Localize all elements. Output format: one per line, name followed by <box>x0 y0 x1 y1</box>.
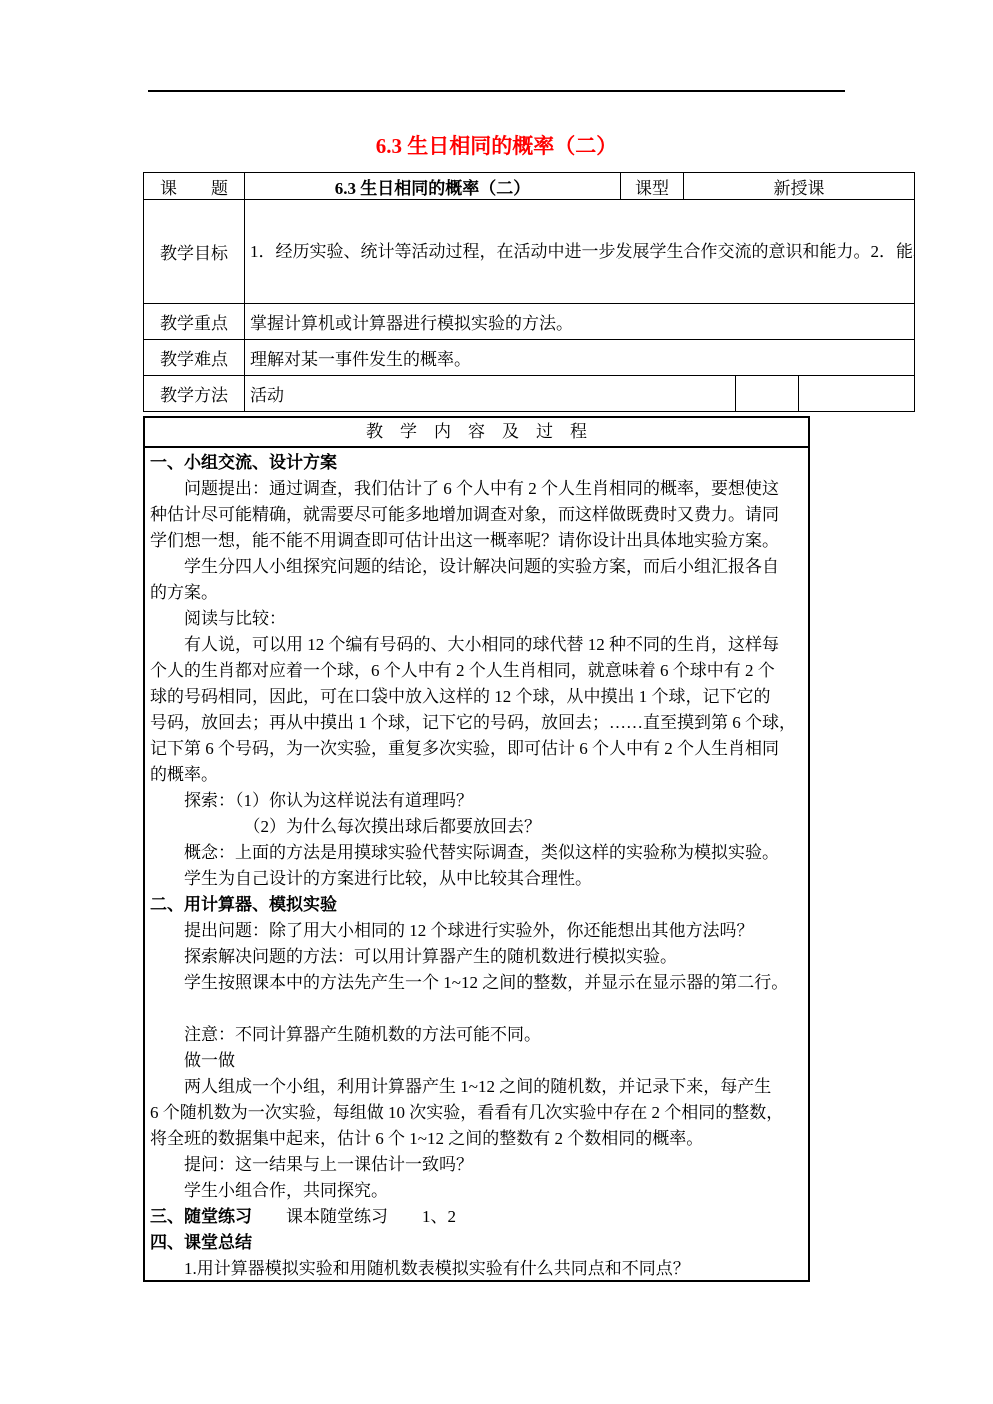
content-line: 有人说，可以用 12 个编有号码的、大小相同的球代替 12 种不同的生肖，这样每 <box>150 632 803 658</box>
content-line: 学生小组合作，共同探究。 <box>150 1178 803 1204</box>
method-value: 活动 <box>244 376 735 411</box>
content-line: 提问：这一结果与上一课估计一致吗？ <box>150 1152 803 1178</box>
content-line: 学生分四人小组探究问题的结论，设计解决问题的实验方案，而后小组汇报各自 <box>150 554 803 580</box>
content-line: 1.用计算器模拟实验和用随机数表模拟实验有什么共同点和不同点？ <box>150 1256 803 1280</box>
content-body: 一、小组交流、设计方案问题提出：通过调查，我们估计了 6 个人中有 2 个人生肖… <box>145 448 808 1280</box>
content-line: 6 个随机数为一次实验，每组做 10 次实验，看看有几次实验中存在 2 个相同的… <box>150 1100 803 1126</box>
header-rule <box>148 90 845 92</box>
content-line: （2）为什么每次摸出球后都要放回去？ <box>150 814 803 840</box>
content-line: 一、小组交流、设计方案 <box>150 450 803 476</box>
table-row: 教学难点 理解对某一事件发生的概率。 <box>144 339 914 375</box>
teaching-content-table: 教 学 内 容 及 过 程 一、小组交流、设计方案问题提出：通过调查，我们估计了… <box>143 416 810 1282</box>
difficulty-value: 理解对某一事件发生的概率。 <box>244 340 914 375</box>
content-line: 二、用计算器、模拟实验 <box>150 892 803 918</box>
focus-value: 掌握计算机或计算器进行模拟实验的方法。 <box>244 304 914 339</box>
section-header: 教 学 内 容 及 过 程 <box>145 418 808 448</box>
topic-label: 课 题 <box>144 173 244 199</box>
lesson-type-label: 课型 <box>620 173 683 199</box>
content-line: 球的号码相同，因此，可在口袋中放入这样的 12 个球，从中摸出 1 个球，记下它… <box>150 684 803 710</box>
content-line: 个人的生肖都对应着一个球，6 个人中有 2 个人生肖相同，就意味着 6 个球中有… <box>150 658 803 684</box>
content-line: 阅读与比较： <box>150 606 803 632</box>
goals-label: 教学目标 <box>144 200 244 303</box>
empty-cell <box>798 376 914 411</box>
page-title: 6.3 生日相同的概率（二） <box>148 130 845 160</box>
difficulty-label: 教学难点 <box>144 340 244 375</box>
document-page: 6.3 生日相同的概率（二） 课 题 6.3 生日相同的概率（二） 课型 新授课… <box>0 0 993 1404</box>
content-line: 的方案。 <box>150 580 803 606</box>
table-row: 教学目标 1．经历实验、统计等活动过程，在活动中进一步发展学生合作交流的意识和能… <box>144 199 914 303</box>
topic-value: 6.3 生日相同的概率（二） <box>244 173 620 199</box>
focus-label: 教学重点 <box>144 304 244 339</box>
content-line: 探索解决问题的方法：可以用计算器产生的随机数进行模拟实验。 <box>150 944 803 970</box>
goal-line: 1．经历实验、统计等活动过程，在活动中进一步发展学生合作交流的意识和能力。 <box>250 239 871 265</box>
content-line: 四、课堂总结 <box>150 1230 803 1256</box>
content-line: 学生为自己设计的方案进行比较，从中比较其合理性。 <box>150 866 803 892</box>
content-line: 将全班的数据集中起来，估计 6 个 1~12 之间的整数有 2 个数相同的概率。 <box>150 1126 803 1152</box>
content-line: 学生按照课本中的方法先产生一个 1~12 之间的整数，并显示在显示器的第二行。 <box>150 970 803 996</box>
content-line: 种估计尽可能精确，就需要尽可能多地增加调查对象，而这样做既费时又费力。请同 <box>150 502 803 528</box>
table-row: 教学重点 掌握计算机或计算器进行模拟实验的方法。 <box>144 303 914 339</box>
table-row: 课 题 6.3 生日相同的概率（二） 课型 新授课 <box>144 173 914 199</box>
content-line: 记下第 6 个号码，为一次实验，重复多次实验，即可估计 6 个人中有 2 个人生… <box>150 736 803 762</box>
lesson-info-table: 课 题 6.3 生日相同的概率（二） 课型 新授课 教学目标 1．经历实验、统计… <box>143 172 915 412</box>
content-line: 探索：（1）你认为这样说法有道理吗？ <box>150 788 803 814</box>
method-label: 教学方法 <box>144 376 244 411</box>
content-line: 学们想一想，能不能不用调查即可估计出这一概率呢？请你设计出具体地实验方案。 <box>150 528 803 554</box>
goals-lines: 1．经历实验、统计等活动过程，在活动中进一步发展学生合作交流的意识和能力。2．能… <box>244 200 914 303</box>
content-line <box>150 996 803 1022</box>
content-line: 问题提出：通过调查，我们估计了 6 个人中有 2 个人生肖相同的概率，要想使这 <box>150 476 803 502</box>
empty-cell <box>735 376 798 411</box>
content-line: 注意：不同计算器产生随机数的方法可能不同。 <box>150 1022 803 1048</box>
lesson-type-value: 新授课 <box>683 173 914 199</box>
table-row: 教学方法 活动 <box>144 375 914 411</box>
content-line: 概念：上面的方法是用摸球实验代替实际调查，类似这样的实验称为模拟实验。 <box>150 840 803 866</box>
content-line: 提出问题：除了用大小相同的 12 个球进行实验外，你还能想出其他方法吗？ <box>150 918 803 944</box>
content-line: 两人组成一个小组，利用计算器产生 1~12 之间的随机数，并记录下来，每产生 <box>150 1074 803 1100</box>
goal-line: 2．能利用计算器或计算机等进行模拟实验，估计一些复杂的随机事件发生的概率。 <box>871 239 915 265</box>
content-line: 的概率。 <box>150 762 803 788</box>
content-line: 号码，放回去；再从中摸出 1 个球，记下它的号码，放回去；……直至摸到第 6 个… <box>150 710 803 736</box>
content-line: 做一做 <box>150 1048 803 1074</box>
content-line: 三、随堂练习 课本随堂练习 1、2 <box>150 1204 803 1230</box>
